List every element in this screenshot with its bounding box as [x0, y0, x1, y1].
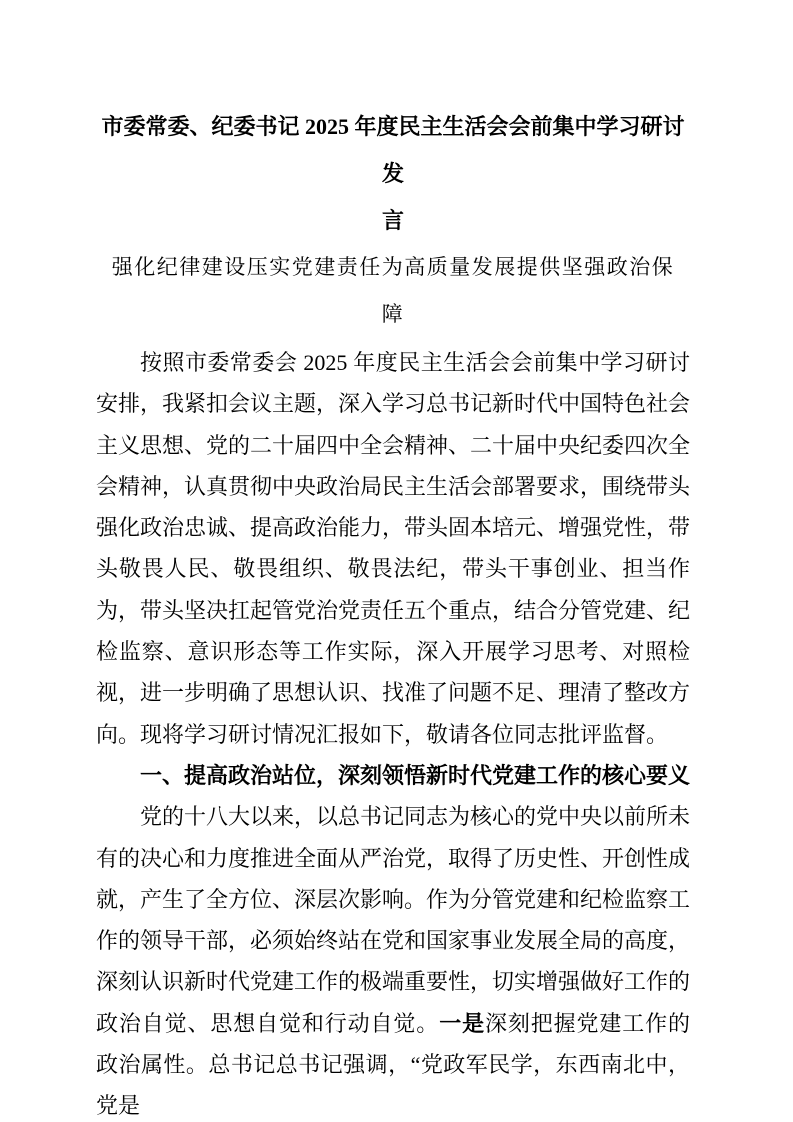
document-title: 市委常委、纪委书记 2025 年度民主生活会会前集中学习研讨发 言 [96, 103, 690, 244]
subtitle-line-1: 强化纪律建设压实党建责任为高质量发展提供坚强政治保 [96, 244, 690, 291]
document-body: 按照市委常委会 2025 年度民主生活会会前集中学习研讨安排，我紧扣会议主题，深… [96, 342, 690, 1122]
document-page: 市委常委、纪委书记 2025 年度民主生活会会前集中学习研讨发 言 强化纪律建设… [0, 0, 793, 1122]
section-1-heading: 一、提高政治站位，深刻领悟新时代党建工作的核心要义 [96, 755, 690, 796]
subtitle-line-2: 障 [96, 291, 690, 338]
document-subtitle: 强化纪律建设压实党建责任为高质量发展提供坚强政治保 障 [96, 244, 690, 338]
title-line-1: 市委常委、纪委书记 2025 年度民主生活会会前集中学习研讨发 [96, 103, 690, 197]
intro-paragraph: 按照市委常委会 2025 年度民主生活会会前集中学习研讨安排，我紧扣会议主题，深… [96, 342, 690, 755]
title-line-2: 言 [96, 197, 690, 244]
section-1-text-run-pre: 党的十八大以来，以总书记同志为核心的党中央以前所未有的决心和力度推进全面从严治党… [96, 804, 690, 1035]
section-1-bold-run: 一是 [439, 1011, 485, 1036]
section-1-paragraph: 党的十八大以来，以总书记同志为核心的党中央以前所未有的决心和力度推进全面从严治党… [96, 796, 690, 1122]
